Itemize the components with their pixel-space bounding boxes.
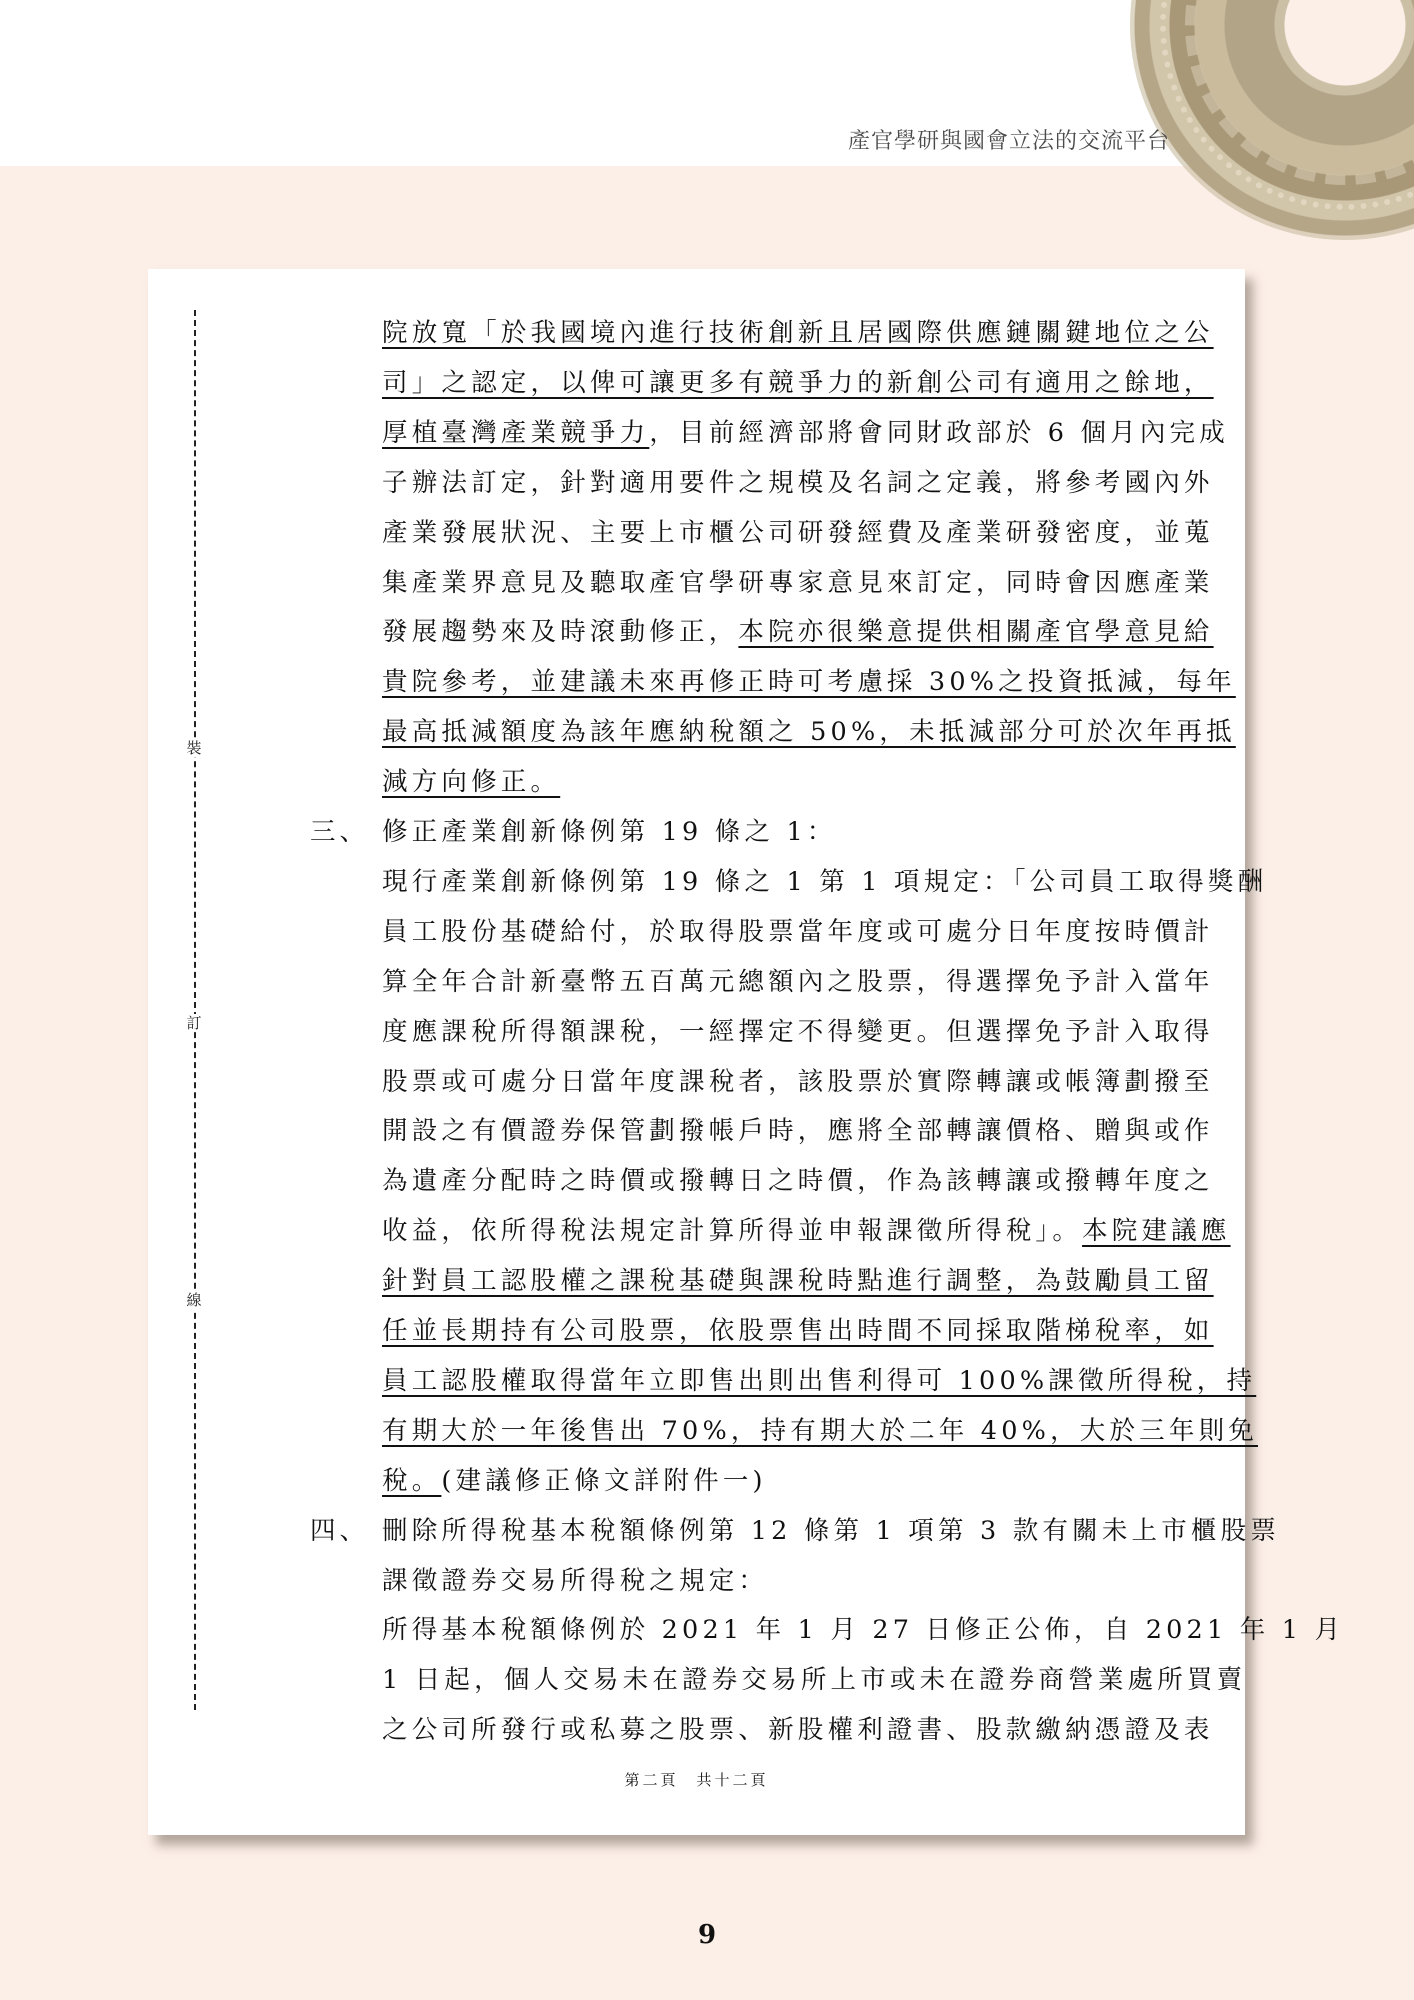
document-page: 裝 訂 線 院放寬「於我國境內進行技術創新且居國際供應鏈關鍵地位之公司」之認定，… <box>148 269 1245 1835</box>
text-segment: 課徵證券交易所得稅之規定： <box>382 1566 768 1596</box>
document-line: 員工股份基礎給付，於取得股票當年度或可處分日年度按時價計 <box>382 907 1182 957</box>
document-line: 司」之認定，以俾可讓更多有競爭力的新創公司有適用之餘地， <box>382 358 1182 408</box>
section-marker: 三、 <box>310 807 382 857</box>
text-segment: 收益，依所得稅法規定計算所得並申報課徵所得稅」。 <box>382 1216 1082 1246</box>
document-line: 集產業界意見及聽取產官學研專家意見來訂定，同時會因應產業 <box>382 558 1182 608</box>
document-line: 厚植臺灣產業競爭力，目前經濟部將會同財政部於 6 個月內完成 <box>382 408 1182 458</box>
underlined-text: 任並長期持有公司股票，依股票售出時間不同採取階梯稅率，如 <box>382 1316 1214 1346</box>
underlined-text: 稅。 <box>382 1466 441 1496</box>
binding-char-zhuang: 裝 <box>181 739 207 757</box>
document-line: 所得基本稅額條例於 2021 年 1 月 27 日修正公佈，自 2021 年 1… <box>382 1605 1182 1655</box>
underlined-text: 員工認股權取得當年立即售出則出售利得可 100%課徵所得稅，持 <box>382 1366 1256 1396</box>
text-segment: 之公司所發行或私募之股票、新股權利證書、股款繳納憑證及表 <box>382 1715 1214 1745</box>
document-line: 最高抵減額度為該年應納稅額之 50%，未抵減部分可於次年再抵 <box>382 707 1182 757</box>
text-segment: ，目前經濟部將會同財政部於 6 個月內完成 <box>649 418 1229 448</box>
document-line: 有期大於一年後售出 70%，持有期大於二年 40%，大於三年則免 <box>382 1406 1182 1456</box>
text-segment: 算全年合計新臺幣五百萬元總額內之股票，得選擇免予計入當年 <box>382 967 1214 997</box>
text-segment: 子辦法訂定，針對適用要件之規模及名詞之定義，將參考國內外 <box>382 468 1214 498</box>
underlined-text: 減方向修正。 <box>382 767 560 797</box>
text-segment: 為遺產分配時之時價或撥轉日之時價，作為該轉讓或撥轉年度之 <box>382 1166 1214 1196</box>
underlined-text: 有期大於一年後售出 70%，持有期大於二年 40%，大於三年則免 <box>382 1416 1258 1446</box>
document-line: 發展趨勢來及時滾動修正，本院亦很樂意提供相關產官學意見給 <box>382 607 1182 657</box>
binding-char-xian: 線 <box>181 1291 207 1309</box>
text-segment: 度應課稅所得額課稅，一經擇定不得變更。但選擇免予計入取得 <box>382 1017 1214 1047</box>
document-line: 1 日起，個人交易未在證券交易所上市或未在證券商營業處所買賣 <box>382 1655 1182 1705</box>
text-segment: 股票或可處分日當年度課稅者，該股票於實際轉讓或帳簿劃撥至 <box>382 1067 1214 1097</box>
underlined-text: 貴院參考，並建議未來再修正時可考慮採 30%之投資抵減，每年 <box>382 667 1236 697</box>
document-line: 現行產業創新條例第 19 條之 1 第 1 項規定：「公司員工取得獎酬 <box>382 857 1182 907</box>
text-segment: 刪除所得稅基本稅額條例第 12 條第 1 項第 3 款有關未上市櫃股票 <box>382 1516 1280 1546</box>
text-segment: 發展趨勢來及時滾動修正， <box>382 617 738 647</box>
numbered-paragraph-line: 四、刪除所得稅基本稅額條例第 12 條第 1 項第 3 款有關未上市櫃股票 <box>310 1506 1110 1556</box>
document-line: 收益，依所得稅法規定計算所得並申報課徵所得稅」。本院建議應 <box>382 1206 1182 1256</box>
text-segment: (建議修正條文詳附件一) <box>441 1466 766 1496</box>
document-line: 為遺產分配時之時價或撥轉日之時價，作為該轉讓或撥轉年度之 <box>382 1156 1182 1206</box>
numbered-paragraph-line: 三、修正產業創新條例第 19 條之 1： <box>310 807 1110 857</box>
document-line: 員工認股權取得當年立即售出則出售利得可 100%課徵所得稅，持 <box>382 1356 1182 1406</box>
binding-line <box>194 310 196 1710</box>
text-segment: 員工股份基礎給付，於取得股票當年度或可處分日年度按時價計 <box>382 917 1214 947</box>
underlined-text: 針對員工認股權之課稅基礎與課稅時點進行調整，為鼓勵員工留 <box>382 1266 1214 1296</box>
document-line: 之公司所發行或私募之股票、新股權利證書、股款繳納憑證及表 <box>382 1705 1182 1755</box>
document-line: 針對員工認股權之課稅基礎與課稅時點進行調整，為鼓勵員工留 <box>382 1256 1182 1306</box>
text-segment: 開設之有價證券保管劃撥帳戶時，應將全部轉讓價格、贈與或作 <box>382 1116 1214 1146</box>
underlined-text: 厚植臺灣產業競爭力 <box>382 418 649 448</box>
text-segment: 現行產業創新條例第 19 條之 1 第 1 項規定：「公司員工取得獎酬 <box>382 867 1267 897</box>
document-line: 院放寬「於我國境內進行技術創新且居國際供應鏈關鍵地位之公 <box>382 308 1182 358</box>
document-line: 課徵證券交易所得稅之規定： <box>382 1556 1182 1606</box>
section-marker: 四、 <box>310 1506 382 1556</box>
document-line: 算全年合計新臺幣五百萬元總額內之股票，得選擇免予計入當年 <box>382 957 1182 1007</box>
document-line: 任並長期持有公司股票，依股票售出時間不同採取階梯稅率，如 <box>382 1306 1182 1356</box>
page-number: 9 <box>0 1920 1414 1950</box>
underlined-text: 本院建議應 <box>1082 1216 1231 1246</box>
text-segment: 產業發展狀況、主要上市櫃公司研發經費及產業研發密度，並蒐 <box>382 518 1214 548</box>
text-segment: 1 日起，個人交易未在證券交易所上市或未在證券商營業處所買賣 <box>382 1665 1246 1695</box>
document-line: 子辦法訂定，針對適用要件之規模及名詞之定義，將參考國內外 <box>382 458 1182 508</box>
document-line: 開設之有價證券保管劃撥帳戶時，應將全部轉讓價格、贈與或作 <box>382 1106 1182 1156</box>
binding-char-ding: 訂 <box>181 1014 207 1032</box>
document-line: 稅。(建議修正條文詳附件一) <box>382 1456 1182 1506</box>
underlined-text: 院放寬「於我國境內進行技術創新且居國際供應鏈關鍵地位之公 <box>382 318 1214 348</box>
underlined-text: 司」之認定，以俾可讓更多有競爭力的新創公司有適用之餘地， <box>382 368 1214 398</box>
underlined-text: 本院亦很樂意提供相關產官學意見給 <box>738 617 1213 647</box>
document-line: 度應課稅所得額課稅，一經擇定不得變更。但選擇免予計入取得 <box>382 1007 1182 1057</box>
document-line: 產業發展狀況、主要上市櫃公司研發經費及產業研發密度，並蒐 <box>382 508 1182 558</box>
underlined-text: 最高抵減額度為該年應納稅額之 50%，未抵減部分可於次年再抵 <box>382 717 1236 747</box>
document-line: 股票或可處分日當年度課稅者，該股票於實際轉讓或帳簿劃撥至 <box>382 1057 1182 1107</box>
page-footer: 第二頁 共十二頁 <box>148 1769 1245 1790</box>
text-segment: 集產業界意見及聽取產官學研專家意見來訂定，同時會因應產業 <box>382 568 1214 598</box>
text-segment: 所得基本稅額條例於 2021 年 1 月 27 日修正公佈，自 2021 年 1… <box>382 1615 1344 1645</box>
text-segment: 修正產業創新條例第 19 條之 1： <box>382 817 837 847</box>
document-line: 貴院參考，並建議未來再修正時可考慮採 30%之投資抵減，每年 <box>382 657 1182 707</box>
document-line: 減方向修正。 <box>382 757 1182 807</box>
header-title: 產官學研與國會立法的交流平台 <box>848 124 1170 155</box>
